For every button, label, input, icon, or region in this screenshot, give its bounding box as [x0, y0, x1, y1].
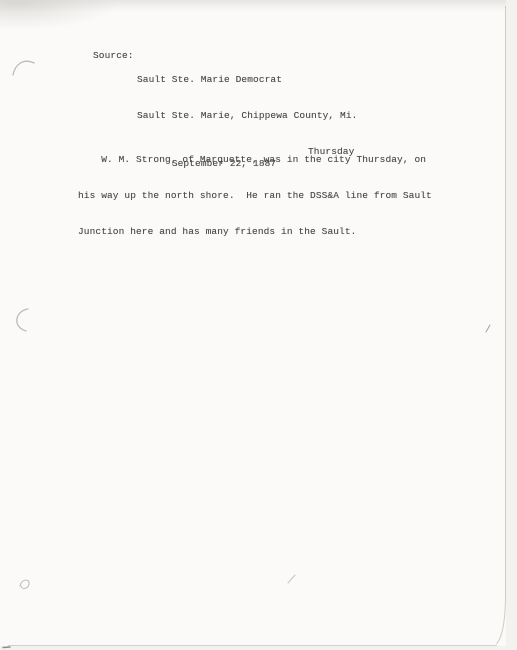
article-line-3: Junction here and has many friends in th…	[78, 226, 432, 238]
scan-bed-bottom	[0, 646, 517, 650]
scanned-document-page: Source: Sault Ste. Marie Democrat Sault …	[0, 0, 517, 650]
page-edge-right	[497, 6, 506, 644]
source-publication: Sault Ste. Marie Democrat	[137, 74, 357, 86]
article-line-2: his way up the north shore. He ran the D…	[78, 190, 432, 202]
pencil-squiggle-mark-bottom	[20, 580, 29, 588]
stray-slash-mark-center	[288, 575, 295, 583]
scan-edge-shadow-corner	[0, 0, 120, 30]
pencil-arc-mark-middle	[17, 309, 28, 331]
stray-slash-mark-right	[486, 325, 490, 332]
article-paragraph: W. M. Strong, of Marquette, was in the c…	[78, 130, 432, 262]
source-label: Source:	[93, 50, 134, 62]
pencil-arc-mark-top	[13, 61, 34, 75]
scan-bed-right	[506, 0, 517, 650]
article-line-1: W. M. Strong, of Marquette, was in the c…	[78, 154, 432, 166]
source-location: Sault Ste. Marie, Chippewa County, Mi.	[137, 110, 357, 122]
